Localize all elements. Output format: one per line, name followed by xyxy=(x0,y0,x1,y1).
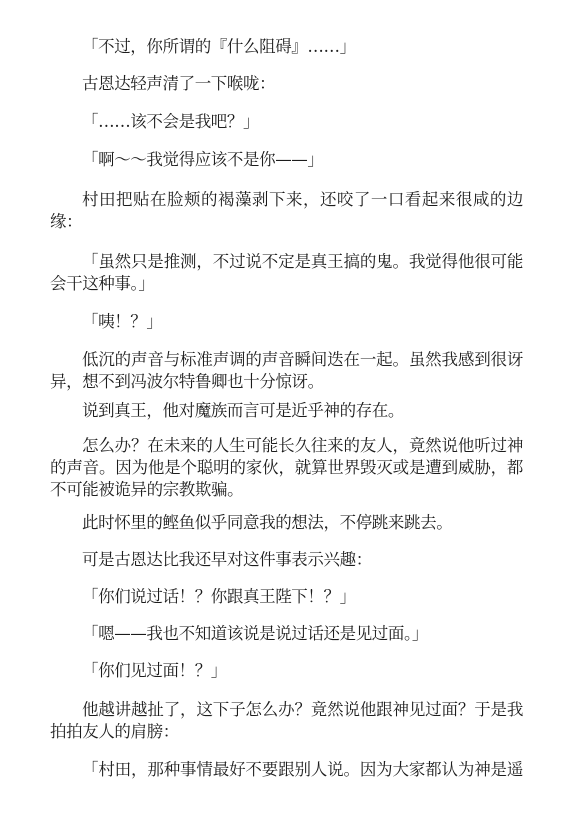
dialogue-line: 「你们见过面！？」 xyxy=(82,661,227,681)
narration-line-continuation: 的声音。因为他是个聪明的家伙，就算世界毁灭或是遭到威胁，都 xyxy=(50,458,523,478)
narration-line-continuation: 异，想不到冯波尔特鲁卿也十分惊讶。 xyxy=(50,372,324,392)
narration-line-continuation: 拍拍友人的肩膀： xyxy=(50,722,179,742)
dialogue-line: 「虽然只是推测，不过说不定是真王搞的鬼。我觉得他很可能 xyxy=(82,252,523,272)
narration-line: 可是古恩达比我还早对这件事表示兴趣： xyxy=(82,550,372,570)
dialogue-line: 「啊～～我觉得应该不是你——」 xyxy=(82,150,324,170)
narration-line-continuation: 不可能被诡异的宗教欺骗。 xyxy=(50,480,243,500)
book-page: 「不过，你所谓的『什么阻碍』……」 古恩达轻声清了一下喉咙： 「……该不会是我吧… xyxy=(0,0,583,828)
narration-line-continuation: 缘： xyxy=(50,212,82,232)
dialogue-line: 「嗯——我也不知道该说是说过话还是见过面。」 xyxy=(82,624,428,644)
narration-line: 他越讲越扯了，这下子怎么办？竟然说他跟神见过面？于是我 xyxy=(82,700,523,720)
dialogue-line: 「不过，你所谓的『什么阻碍』……」 xyxy=(82,37,356,57)
dialogue-line: 「……该不会是我吧？」 xyxy=(82,112,259,132)
dialogue-line-continuation: 会干这种事。」 xyxy=(50,274,154,294)
dialogue-line: 「你们说过话！？你跟真王陛下！？」 xyxy=(82,587,356,607)
narration-line: 怎么办？在未来的人生可能长久往来的友人，竟然说他听过神 xyxy=(82,436,523,456)
narration-line: 村田把贴在脸颊的褐藻剥下来，还咬了一口看起来很咸的边 xyxy=(82,190,523,210)
narration-line: 低沉的声音与标准声调的声音瞬间迭在一起。虽然我感到很讶 xyxy=(82,350,523,370)
dialogue-line: 「咦！？」 xyxy=(82,312,163,332)
dialogue-line: 「村田，那种事情最好不要跟别人说。因为大家都认为神是遥 xyxy=(82,760,523,780)
narration-line: 说到真王，他对魔族而言可是近乎神的存在。 xyxy=(82,401,404,421)
narration-line: 此时怀里的鲣鱼似乎同意我的想法，不停跳来跳去。 xyxy=(82,513,452,533)
narration-line: 古恩达轻声清了一下喉咙： xyxy=(82,74,275,94)
